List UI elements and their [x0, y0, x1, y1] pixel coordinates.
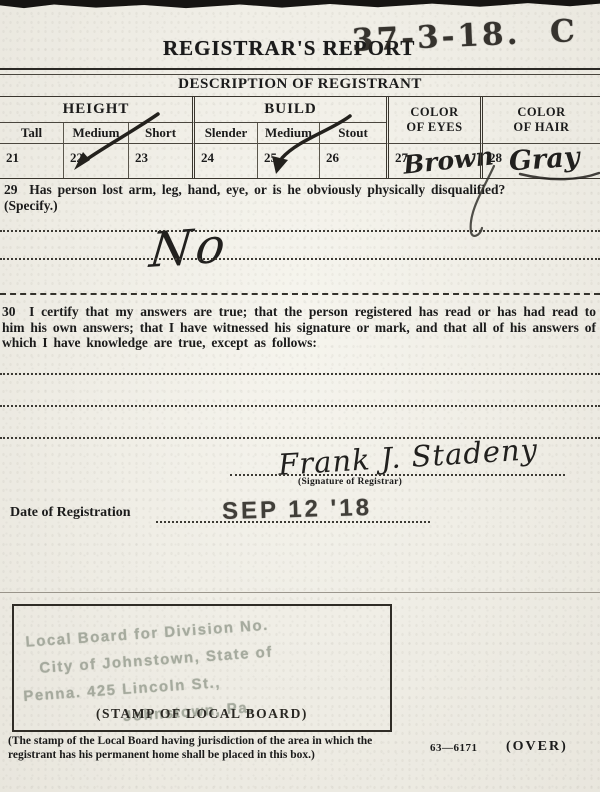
answer-line-1 — [0, 230, 600, 232]
question-30: 30 I certify that my answers are true; t… — [2, 304, 596, 351]
question-29-specify: (Specify.) — [4, 198, 58, 213]
registrar-report-document: REGISTRAR'S REPORT 37-3-18. C DESCRIPTIO… — [0, 0, 600, 792]
header-divider — [0, 68, 600, 75]
date-of-registration-label: Date of Registration — [10, 505, 131, 521]
stamp-box-caption: (STAMP OF LOCAL BOARD) — [14, 706, 390, 722]
question-29-number: 29 — [4, 182, 18, 197]
footer-note: (The stamp of the Local Board having jur… — [8, 734, 406, 762]
signature-line — [230, 474, 565, 476]
scan-top-edge — [0, 0, 600, 9]
question-30-text: I certify that my answers are true; that… — [2, 304, 596, 350]
exception-line-2 — [0, 405, 600, 407]
over-label: (OVER) — [506, 739, 568, 755]
question-30-number: 30 — [2, 304, 16, 319]
question-29-answer: No — [147, 217, 232, 279]
question-29-text: Has person lost arm, leg, hand, eye, or … — [29, 182, 505, 197]
answer-line-2 — [0, 258, 600, 260]
date-stamp: SEP 12 '18 — [222, 494, 373, 526]
lower-divider — [0, 592, 600, 593]
exception-line-1 — [0, 373, 600, 375]
local-board-stamp-box: Local Board for Division No. City of Joh… — [12, 604, 392, 732]
signature-caption: (Signature of Registrar) — [298, 477, 402, 487]
section-header: DESCRIPTION OF REGISTRANT — [0, 76, 600, 93]
stray-pen-stroke — [440, 160, 520, 245]
serial-number-stamp: 37-3-18. C — [351, 13, 578, 59]
form-number: 63—6171 — [430, 742, 478, 754]
answer-line-3 — [0, 293, 600, 295]
